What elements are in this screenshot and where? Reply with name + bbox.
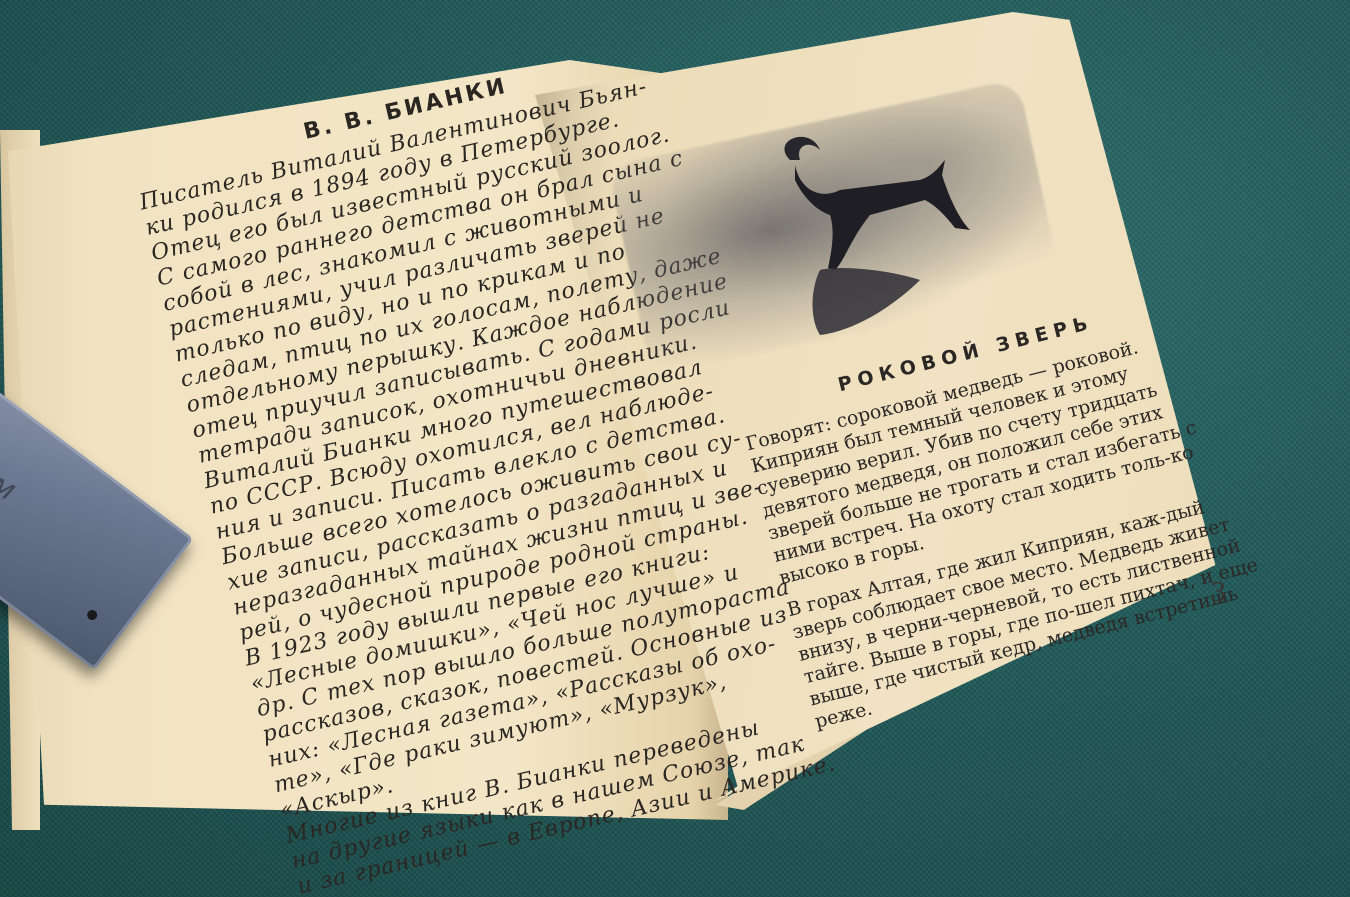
page-number: 3 [1210, 578, 1227, 608]
goat-on-rock-icon [750, 120, 1010, 340]
bookmark-inscription: 3059м [0, 427, 22, 508]
plate-hole [85, 608, 99, 622]
